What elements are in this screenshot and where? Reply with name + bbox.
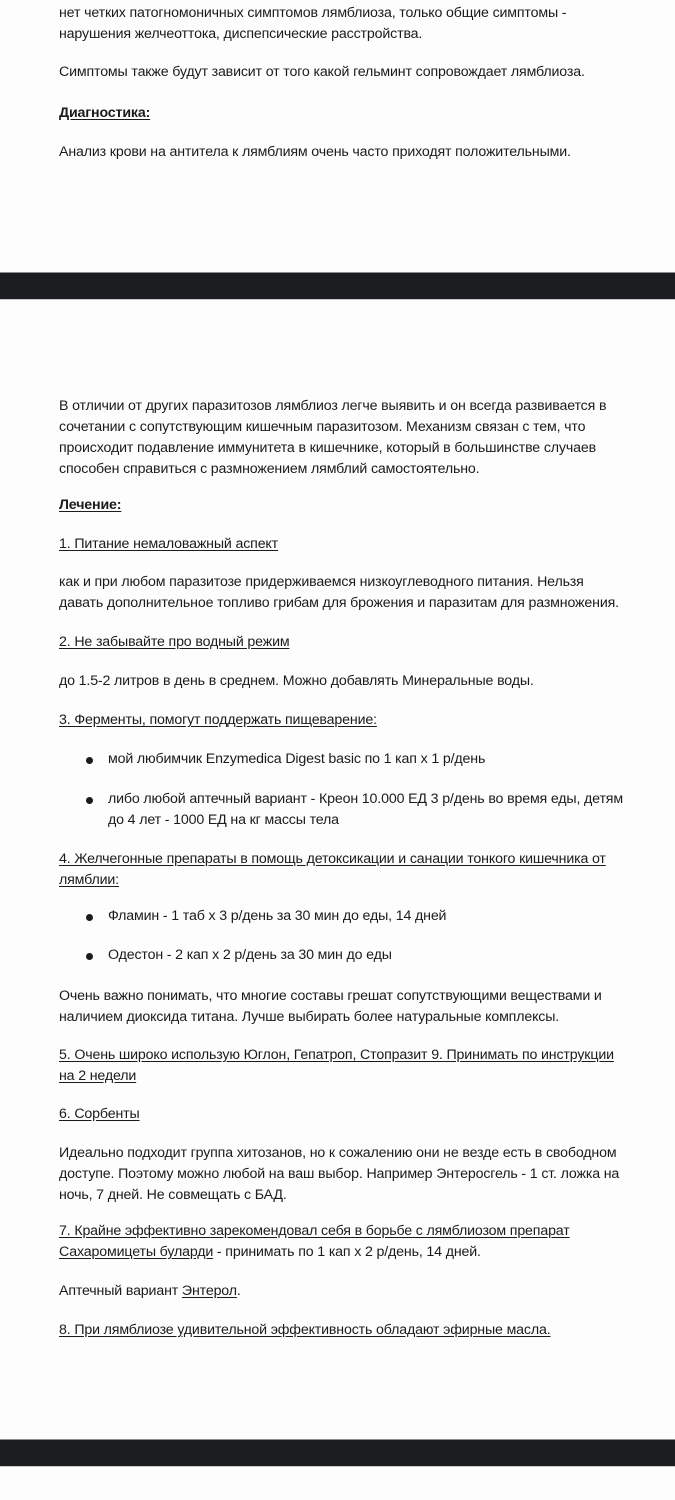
item7-heading: 7. Крайне эффективно зарекомендовал себя… — [59, 1223, 570, 1239]
bullet-icon — [86, 757, 93, 764]
symptoms-paragraph: нет четких патогномоничных симптомов лям… — [59, 3, 671, 45]
bullet-icon — [86, 914, 93, 921]
treatment-heading: Лечение: — [59, 495, 671, 516]
intro-paragraph: В отличии от других паразитозов лямблиоз… — [59, 396, 671, 480]
item6-text: Идеально подходит группа хитозанов, но к… — [59, 1143, 671, 1206]
text-line: наличием диоксида титана. Лучше выбирать… — [59, 1009, 559, 1025]
item4-note: Очень важно понимать, что многие составы… — [59, 986, 671, 1028]
symptoms-helminth-text: Симптомы также будут зависит от того как… — [59, 62, 671, 83]
text-line: давать дополнительное топливо грибам для… — [59, 595, 619, 611]
text-line: ночь, 7 дней. Не совмещать с БАД. — [59, 1187, 287, 1203]
item8-heading: 8. При лямблиозе удивительной эффективно… — [59, 1320, 671, 1341]
item5-heading: 5. Очень широко использую Юглон, Гепатро… — [59, 1045, 671, 1087]
page-separator — [0, 272, 675, 300]
text-line: нарушения желчеоттока, диспепсические ра… — [59, 26, 422, 42]
page-separator — [0, 1439, 675, 1467]
text-line: Идеально подходит группа хитозанов, но к… — [59, 1145, 616, 1161]
text-line: нет четких патогномоничных симптомов лям… — [59, 5, 566, 21]
saccharomyces-link[interactable]: Сахаромицеты буларди — [59, 1244, 213, 1260]
item4-heading: 4. Желчегонные препараты в помощь детокс… — [59, 849, 671, 891]
text-line: как и при любом паразитозе придерживаемс… — [59, 574, 584, 590]
diagnostics-text: Анализ крови на антитела к лямблиям очен… — [59, 142, 671, 163]
item7-paragraph: 7. Крайне эффективно зарекомендовал себя… — [59, 1221, 671, 1263]
bullet-icon — [86, 953, 93, 960]
text-line: 4. Желчегонные препараты в помощь детокс… — [59, 851, 606, 867]
text-line: - принимать по 1 кап х 2 р/день, 14 дней… — [213, 1244, 481, 1260]
item3-bullet-1: мой любимчик Enzymedica Digest basic по … — [108, 749, 673, 770]
text-line: способен справиться с размножением лямбл… — [59, 461, 479, 477]
page-1: нет четких патогномоничных симптомов лям… — [0, 0, 675, 272]
text-line: В отличии от других паразитозов лямблиоз… — [59, 398, 606, 414]
text-line: лямблии: — [59, 872, 119, 888]
text-line: сочетании с сопутствующим кишечным параз… — [59, 419, 585, 435]
item2-heading: 2. Не забывайте про водный режим — [59, 632, 671, 653]
text-line: доступе. Поэтому можно любой на ваш выбо… — [59, 1166, 619, 1182]
item3-bullet-2: либо любой аптечный вариант - Креон 10.0… — [108, 789, 673, 831]
text-line: 5. Очень широко использую Юглон, Гепатро… — [59, 1047, 614, 1063]
item4-bullet-1: Фламин - 1 таб х 3 р/день за 30 мин до е… — [108, 906, 673, 927]
diagnostics-heading: Диагностика: — [59, 103, 671, 124]
item1-text: как и при любом паразитозе придерживаемс… — [59, 572, 671, 614]
text-line: происходит подавление иммунитета в кишеч… — [59, 440, 596, 456]
item2-text: до 1.5-2 литров в день в среднем. Можно … — [59, 671, 671, 692]
item3-heading: 3. Ферменты, помогут поддержать пищеваре… — [59, 710, 671, 731]
pharmacy-variant-text: Аптечный вариант Энтерол. — [59, 1281, 671, 1302]
page-2: В отличии от других паразитозов лямблиоз… — [0, 300, 675, 1439]
text-line: Очень важно понимать, что многие составы… — [59, 988, 602, 1004]
text-line: либо любой аптечный вариант - Креон 10.0… — [108, 791, 623, 807]
text-line: до 4 лет - 1000 ЕД на кг массы тела — [108, 812, 339, 828]
item4-bullet-2: Одестон - 2 кап х 2 р/день за 30 мин до … — [108, 945, 673, 966]
item1-heading: 1. Питание немаловажный аспект — [59, 534, 671, 555]
text-line: . — [237, 1283, 241, 1299]
bullet-icon — [86, 797, 93, 804]
enterol-link[interactable]: Энтерол — [182, 1283, 237, 1299]
text-line: на 2 недели — [59, 1068, 136, 1084]
item6-heading: 6. Сорбенты — [59, 1104, 671, 1125]
text-line: Аптечный вариант — [59, 1283, 182, 1299]
